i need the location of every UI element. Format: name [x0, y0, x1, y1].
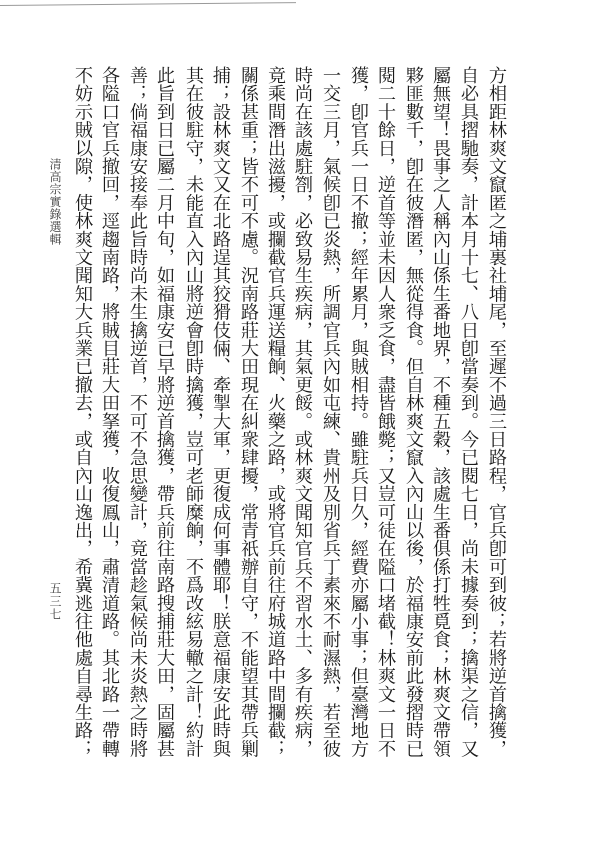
text-column-1: 方相距林爽文竄匿之埔裏社埔尾，至遲不過三日路程，官兵卽可到彼；若將逆首擒獲，: [484, 66, 508, 776]
text-column-11: 捕；設林爽文又在北路逞其狡猾伎倆、牽掣大軍，更復成何事體耶！朕意福康安此時與: [208, 66, 232, 776]
text-column-2: 自必具摺馳奏，計本月十七、八日卽當奏到。今已閱七日，尚未據奏到；擒渠之信，又: [456, 66, 480, 776]
text-column-6: 獲，卽官兵一日不撤；經年累月，與賊相持。雖駐兵日久，經費亦屬小事；但臺灣地方: [346, 66, 370, 776]
text-column-13: 此旨到日已屬二月中旬，如福康安已早將逆首擒獲，帶兵前往南路搜捕莊大田，固屬甚: [152, 66, 176, 776]
text-column-8: 時尚在該處駐劄，必致易生疾病，其氣更餒。或林爽文聞知官兵不習水土、多有疾病，: [290, 66, 314, 776]
page-number: 五三七: [47, 582, 63, 621]
book-title-margin: 清高宗實錄選輯: [47, 158, 63, 246]
text-column-9: 竟乘間潛出滋擾，或攔截官兵運送糧餉、火藥之路，或將官兵前往府城道路中間攔截；: [263, 66, 287, 776]
text-column-4: 夥匪數千，卽在彼潛匿，無從得食。但自林爽文竄入內山以後，於福康安前此發摺時已: [401, 66, 425, 776]
text-column-14: 善；倘福康安接奉此旨時尚未生擒逆首，不可不急思變計，竟當趁氣候尚未炎熱之時將: [125, 66, 149, 776]
text-column-7: 一交三月，氣候卽已炎熱，所調官兵內如屯練、貴州及別省兵丁素來不耐濕熱，若至彼: [318, 66, 342, 776]
text-column-16: 不妨示賊以隙，使林爽文聞知大兵業已撤去，或自內山逸出，希冀逃往他處自尋生路；: [70, 66, 94, 776]
document-page: 清高宗實錄選輯 五三七 方相距林爽文竄匿之埔裏社埔尾，至遲不過三日路程，官兵卽可…: [0, 0, 600, 848]
text-column-10: 關係甚重；皆不可不慮。況南路莊大田現在糾衆肆擾，常青祇辦自守，不能望其帶兵剿: [236, 66, 260, 776]
text-column-15: 各隘口官兵撤回，逕趨南路，將賊目莊大田拏獲，收復鳳山，肅清道路。其北路一帶轉: [97, 66, 121, 776]
text-column-3: 屬無望！畏事之人稱內山係生番地界，不種五穀，該處生番俱係打牲覓食；林爽文帶領: [428, 66, 452, 776]
text-column-5: 閱二十餘日，逆首等並未因人衆乏食，盡皆餓斃；又豈可徒在隘口堵截！林爽文一日不: [373, 66, 397, 776]
text-column-12: 其在彼駐守，未能直入內山將逆會卽時擒獲，豈可老師糜餉，不爲改絃易轍之計！約計: [181, 66, 205, 776]
